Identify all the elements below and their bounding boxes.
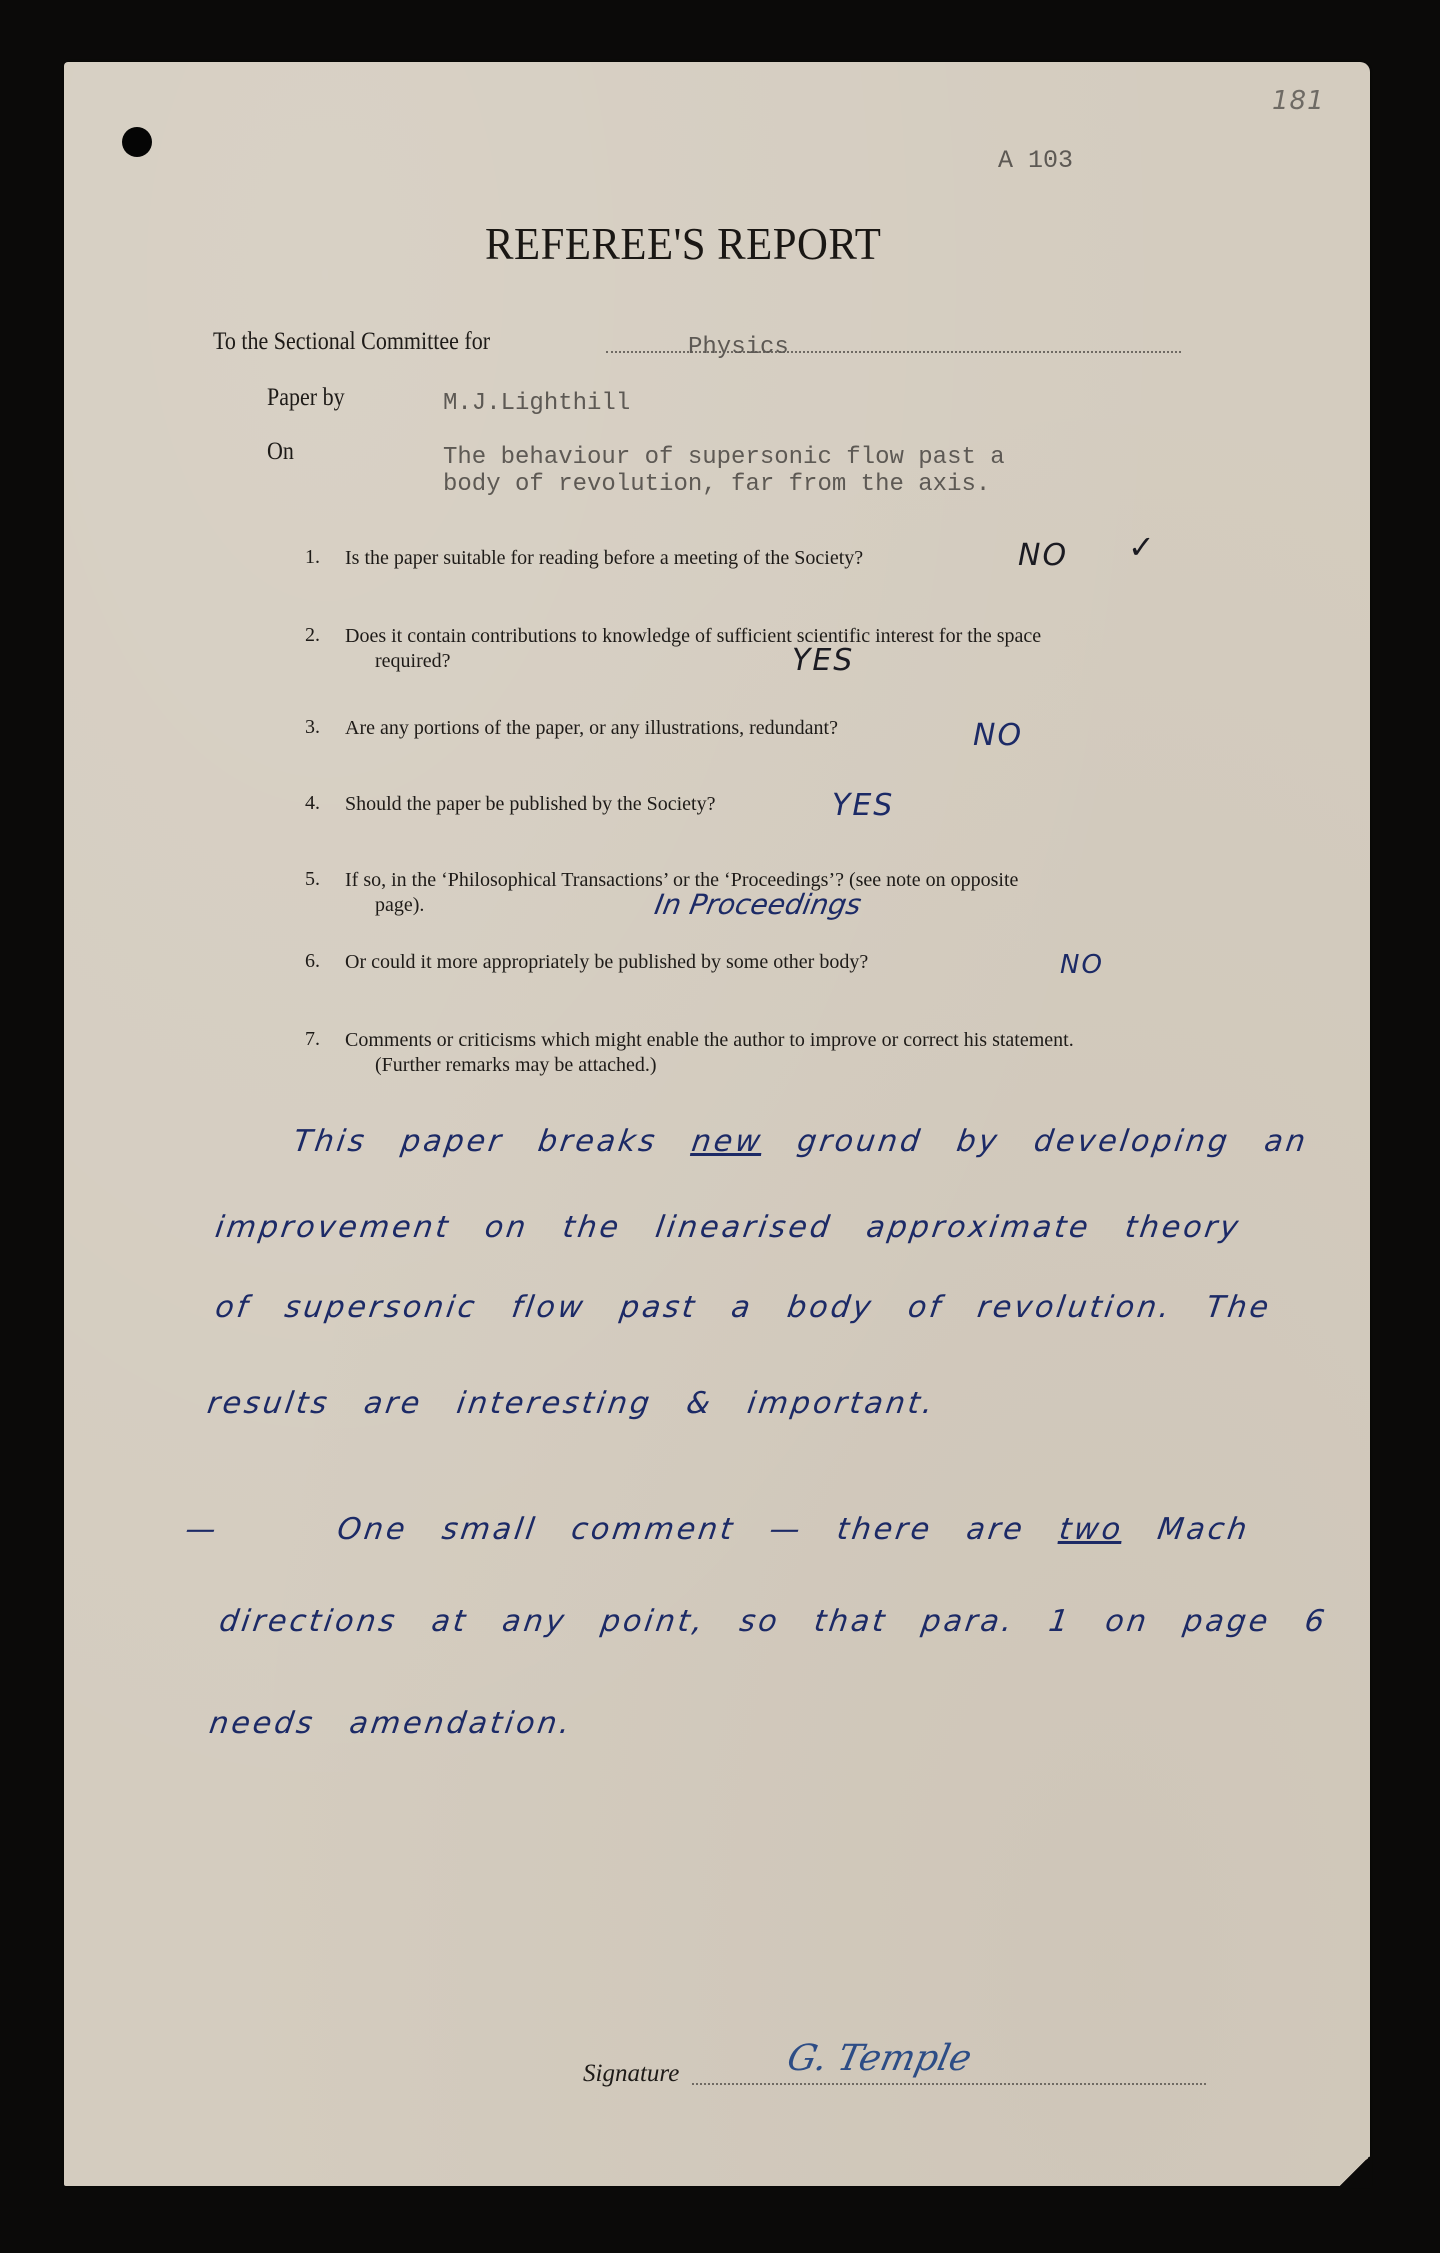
paper-title-line-2: body of revolution, far from the axis. [443, 471, 990, 498]
question-2-number: 2. [305, 624, 320, 647]
question-5-answer: In Proceedings [652, 888, 864, 921]
comment-line-1: This paper breaks new ground by developi… [291, 1124, 1310, 1159]
question-2-text: Does it contain contributions to knowled… [345, 624, 1195, 674]
question-3-text: Are any portions of the paper, or any il… [345, 716, 1195, 741]
folded-corner [1338, 2154, 1372, 2188]
committee-value: Physics [688, 334, 789, 361]
on-label: On [267, 438, 294, 466]
paper-by-value: M.J.Lighthill [443, 390, 630, 417]
comment-line-5: One small comment — there are two Mach [335, 1512, 1252, 1547]
comment-text: This paper breaks [291, 1124, 660, 1159]
comment-text: ground by developing an [795, 1124, 1310, 1159]
punch-hole [122, 127, 152, 157]
question-4-label: Should the paper be published by the Soc… [345, 793, 715, 815]
question-4-number: 4. [305, 792, 320, 815]
paper-title-line-1: The behaviour of supersonic flow past a [443, 444, 1005, 471]
comment-underlined-word: new [689, 1124, 765, 1159]
comment-text: One small comment — there are [335, 1512, 1027, 1547]
question-2-answer: YES [792, 643, 854, 678]
question-7-text: Comments or criticisms which might enabl… [345, 1028, 1195, 1078]
comment-line-2: improvement on the linearised approximat… [213, 1210, 1243, 1245]
question-1-answer: NO [1018, 538, 1068, 573]
comment-line-4: results are interesting & important. [205, 1386, 938, 1421]
question-7-label: Comments or criticisms which might enabl… [345, 1029, 1074, 1051]
comment-line-6: directions at any point, so that para. 1… [217, 1604, 1329, 1639]
comment-line-7: needs amendation. [207, 1706, 575, 1741]
question-5-number: 5. [305, 868, 320, 891]
question-6-label: Or could it more appropriately be publis… [345, 951, 868, 973]
comment-text: Mach [1155, 1512, 1252, 1547]
paper-by-label: Paper by [267, 384, 345, 412]
question-1-number: 1. [305, 546, 320, 569]
question-1-label: Is the paper suitable for reading before… [345, 547, 863, 569]
page-title: REFEREE'S REPORT [485, 218, 881, 270]
signature-dotted-line [692, 2083, 1206, 2085]
question-4-answer: YES [832, 788, 894, 823]
question-2-continuation: required? [345, 649, 1195, 674]
comment-line-3: of supersonic flow past a body of revolu… [213, 1290, 1274, 1325]
signature-label: Signature [583, 2060, 679, 2088]
question-6-number: 6. [305, 950, 320, 973]
archive-number: 181 [1272, 86, 1325, 116]
comment-dash: — [183, 1512, 221, 1547]
checkmark-icon: ✓ [1128, 528, 1155, 566]
question-6-answer: NO [1060, 950, 1104, 980]
question-7-number: 7. [305, 1028, 320, 1051]
comment-underlined-word: two [1057, 1512, 1126, 1547]
question-3-answer: NO [973, 718, 1023, 753]
question-3-label: Are any portions of the paper, or any il… [345, 717, 838, 739]
question-3-number: 3. [305, 716, 320, 739]
question-2-label: Does it contain contributions to knowled… [345, 625, 1041, 647]
question-4-text: Should the paper be published by the Soc… [345, 792, 1195, 817]
committee-label: To the Sectional Committee for [213, 328, 490, 356]
question-7-continuation: (Further remarks may be attached.) [345, 1053, 1195, 1078]
signature-value: G. Temple [784, 2038, 976, 2079]
reference-code: A 103 [998, 146, 1073, 175]
